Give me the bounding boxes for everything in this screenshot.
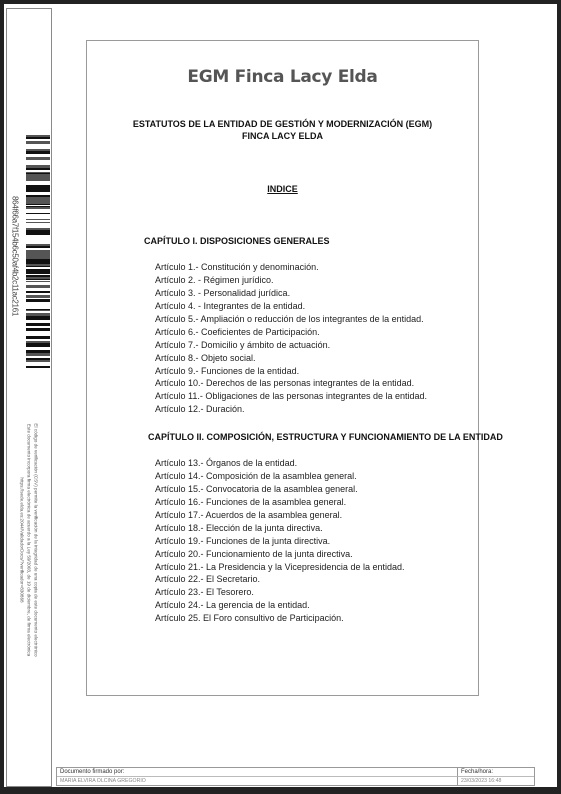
index-entry: Artículo 7.- Domicilio y ámbito de actua… (155, 339, 427, 352)
index-entry: Artículo 15.- Convocatoria de la asamble… (155, 483, 404, 496)
index-entry: Artículo 10.- Derechos de las personas i… (155, 377, 427, 390)
datetime-value: 23/03/2023 16:48 (458, 777, 534, 786)
chapter-1-article-list: Artículo 1.- Constitución y denominación… (155, 261, 427, 416)
index-entry: Artículo 11.- Obligaciones de las person… (155, 390, 427, 403)
index-entry: Artículo 14.- Composición de la asamblea… (155, 470, 404, 483)
index-entry: Artículo 6.- Coeficientes de Participaci… (155, 326, 427, 339)
index-entry: Artículo 17.- Acuerdos de la asamblea ge… (155, 509, 404, 522)
index-entry: Artículo 24.- La gerencia de la entidad. (155, 599, 404, 612)
datetime-label: Fecha/hora: (458, 768, 534, 777)
signed-by-value: MARIA ELVIRA OLCINA GREGORIO (57, 777, 458, 786)
index-entry: Artículo 21.- La Presidencia y la Vicepr… (155, 561, 404, 574)
chapter-2-article-list: Artículo 13.- Órganos de la entidad.Artí… (155, 457, 404, 625)
index-entry: Artículo 9.- Funciones de la entidad. (155, 365, 427, 378)
chapter-heading-1: CAPÍTULO I. DISPOSICIONES GENERALES (144, 236, 330, 246)
csv-notice: El código de verificación (CSV) permite … (6, 420, 52, 660)
index-entry: Artículo 20.- Funcionamiento de la junta… (155, 548, 404, 561)
subtitle-line-1: ESTATUTOS DE LA ENTIDAD DE GESTIÓN Y MOD… (87, 118, 478, 130)
index-entry: Artículo 13.- Órganos de la entidad. (155, 457, 404, 470)
index-entry: Artículo 22.- El Secretario. (155, 573, 404, 586)
chapter-heading-2: CAPÍTULO II. COMPOSICIÓN, ESTRUCTURA Y F… (148, 432, 503, 442)
document-subtitle: ESTATUTOS DE LA ENTIDAD DE GESTIÓN Y MOD… (87, 118, 478, 142)
document-content-frame: EGM Finca Lacy Elda ESTATUTOS DE LA ENTI… (86, 40, 479, 696)
index-entry: Artículo 5.- Ampliación o reducción de l… (155, 313, 427, 326)
csv-notice-line-2: Este documento incorpora firma electróni… (26, 420, 33, 660)
csv-notice-line-1: El código de verificación (CSV) permite … (33, 420, 40, 660)
subtitle-line-2: FINCA LACY ELDA (87, 130, 478, 142)
index-entry: Artículo 2. - Régimen jurídico. (155, 274, 427, 287)
index-entry: Artículo 23.- El Tesorero. (155, 586, 404, 599)
index-entry: Artículo 25. El Foro consultivo de Parti… (155, 612, 404, 625)
index-entry: Artículo 12.- Duración. (155, 403, 427, 416)
index-entry: Artículo 18.- Elección de la junta direc… (155, 522, 404, 535)
signature-footer: Documento firmado por: Fecha/hora: MARIA… (56, 767, 535, 786)
index-entry: Artículo 3. - Personalidad jurídica. (155, 287, 427, 300)
index-entry: Artículo 16.- Funciones de la asamblea g… (155, 496, 404, 509)
index-entry: Artículo 4. - Integrantes de la entidad. (155, 300, 427, 313)
barcode-icon (26, 135, 50, 370)
csv-verification-link[interactable]: https://sede.elda.es:2044/ValidadorDocs/… (19, 420, 26, 660)
index-entry: Artículo 1.- Constitución y denominación… (155, 261, 427, 274)
verification-code-text: 864f66a7f154b6c50af4b2c11ac2161 (11, 196, 20, 316)
index-entry: Artículo 8.- Objeto social. (155, 352, 427, 365)
index-heading: INDICE (87, 184, 478, 194)
document-title: EGM Finca Lacy Elda (87, 67, 478, 87)
verification-code: 864f66a7f154b6c50af4b2c11ac2161 (9, 196, 21, 316)
signed-by-label: Documento firmado por: (57, 768, 458, 777)
index-entry: Artículo 19.- Funciones de la junta dire… (155, 535, 404, 548)
verification-stamp-strip (6, 8, 52, 787)
